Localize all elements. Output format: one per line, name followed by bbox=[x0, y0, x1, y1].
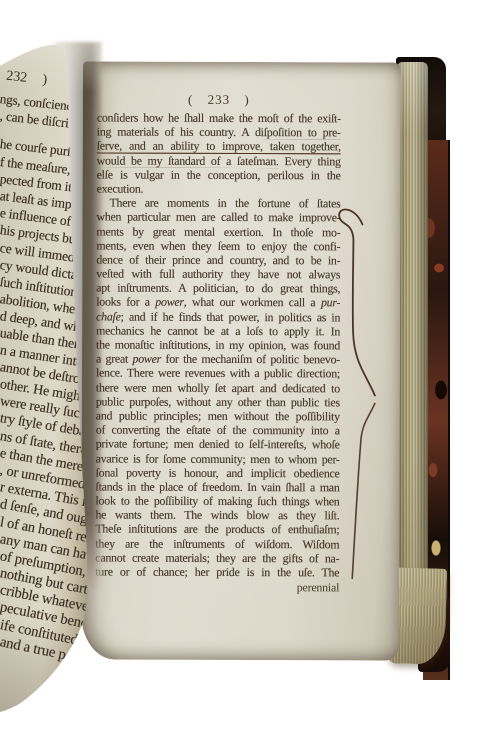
printed-line: veſted with full authority they have not… bbox=[96, 267, 340, 282]
printed-line: public purpoſes, without any other than … bbox=[96, 394, 340, 409]
printed-line: look to the poſſibility of making ſuch t… bbox=[95, 494, 339, 509]
page-number-right: ( 233 ) bbox=[97, 91, 341, 108]
fore-edge-page-block bbox=[398, 62, 428, 648]
printed-text: power bbox=[155, 295, 184, 309]
printed-text: ments, even when they ſeem to enjoy the … bbox=[96, 238, 340, 253]
printed-text: elſe is vulgar in the conception, perilo… bbox=[97, 167, 341, 182]
printed-line: when particular men are called to make i… bbox=[96, 210, 340, 225]
printed-text: cannot create materials; they are the gi… bbox=[95, 550, 339, 565]
printed-line: of converting the eſtate of the communit… bbox=[96, 423, 340, 438]
printed-text: pur- bbox=[321, 296, 340, 310]
catchword: perennial bbox=[95, 579, 339, 595]
printed-line: conſiders how he ſhall make the moſt of … bbox=[97, 110, 341, 125]
printed-text: for the mechaniſm of politic benevo- bbox=[161, 352, 340, 367]
printed-text: lence. There were revenues with a public… bbox=[96, 366, 340, 381]
printed-line: There are moments in the fortune of ſtat… bbox=[97, 196, 341, 211]
printed-line: ments, even when they ſeem to enjoy the … bbox=[96, 238, 340, 253]
printed-line: he wants them. The winds blow as they li… bbox=[95, 508, 339, 523]
printed-text: apt inſtruments. A politician, to do gre… bbox=[96, 281, 340, 296]
printed-text: conſiders how he ſhall make the moſt of … bbox=[97, 110, 341, 125]
printed-text: of converting the eſtate of the communit… bbox=[96, 423, 340, 438]
ink-underlined-text: ſerve, and an ability to improve, taken … bbox=[97, 139, 341, 154]
printed-line: cannot create materials; they are the gi… bbox=[95, 550, 339, 565]
printed-line: private fortune; men denied to ſelf-inte… bbox=[96, 437, 340, 452]
printed-line: ing materials of his country. A diſpoſit… bbox=[97, 125, 341, 140]
printed-text: veſted with full authority they have not… bbox=[96, 267, 340, 282]
printed-text: There are moments in the fortune of ſtat… bbox=[110, 196, 341, 211]
printed-text: and public principles; men without the p… bbox=[96, 408, 340, 423]
printed-text: avarice is for ſome community; men to wh… bbox=[96, 451, 340, 466]
printed-text: Every thing bbox=[279, 154, 341, 168]
printed-text: power bbox=[133, 352, 162, 366]
ink-underlined-text: would be my ſtandard of a ſateſman. bbox=[97, 153, 279, 168]
ink-underlined-text: A diſpoſition to pre- bbox=[241, 125, 341, 139]
printed-text: there were men wholly ſet apart and dedi… bbox=[96, 380, 340, 395]
printed-text: dence of their prince and country, and t… bbox=[96, 252, 340, 267]
right-page-text: conſiders how he ſhall make the moſt of … bbox=[95, 110, 341, 579]
printed-line: lence. There were revenues with a public… bbox=[96, 366, 340, 381]
printed-line: ture or of chance; her pride is in the u… bbox=[95, 564, 339, 579]
printed-text: ing materials of his country. bbox=[97, 125, 242, 140]
printed-line: and public principles; men without the p… bbox=[96, 408, 340, 423]
printed-line: the monaſtic inſtitutions, in my opinion… bbox=[96, 337, 340, 352]
printed-text: mechanics he cannot be at a loſs to appl… bbox=[96, 323, 340, 338]
right-page: ( 233 ) conſiders how he ſhall make the … bbox=[81, 61, 401, 660]
printed-text: ments by great mental exertion. In thoſe… bbox=[96, 224, 340, 239]
printed-line: dence of their prince and country, and t… bbox=[96, 252, 340, 267]
printed-text: he wants them. The winds blow as they li… bbox=[95, 508, 339, 523]
printed-text: Theſe inſtitutions are the products of e… bbox=[95, 522, 339, 537]
printed-text: they are the inſtruments of wiſdom. Wiſd… bbox=[95, 536, 339, 551]
printed-text: ſtands in the place of freedom. In vain … bbox=[96, 479, 340, 494]
printed-text: ture or of chance; her pride is in the u… bbox=[95, 564, 339, 579]
printed-text: the monaſtic inſtitutions, in my opinion… bbox=[96, 337, 340, 352]
printed-text: looks for a bbox=[96, 295, 155, 309]
printed-text: ; and if he finds that power, in politic… bbox=[121, 309, 341, 324]
printed-text: look to the poſſibility of making ſuch t… bbox=[95, 494, 339, 509]
printed-line: ſerve, and an ability to improve, taken … bbox=[97, 139, 341, 154]
printed-line: ſonal poverty is honour, and implicit ob… bbox=[96, 465, 340, 480]
printed-text: execution. bbox=[97, 181, 144, 195]
printed-line: ments by great mental exertion. In thoſe… bbox=[96, 224, 340, 239]
printed-line: execution. bbox=[97, 181, 341, 196]
book-photo: ( 233 ) conſiders how he ſhall make the … bbox=[0, 0, 500, 735]
printed-line: would be my ſtandard of a ſateſman. Ever… bbox=[97, 153, 341, 168]
printed-text: , what our workmen call a bbox=[184, 295, 321, 309]
printed-line: mechanics he cannot be at a loſs to appl… bbox=[96, 323, 340, 338]
printed-line: apt inſtruments. A politician, to do gre… bbox=[96, 281, 340, 296]
printed-line: avarice is for ſome community; men to wh… bbox=[96, 451, 340, 466]
printed-line: they are the inſtruments of wiſdom. Wiſd… bbox=[95, 536, 339, 551]
printed-line: elſe is vulgar in the conception, perilo… bbox=[97, 167, 341, 182]
printed-text: public purpoſes, without any other than … bbox=[96, 394, 340, 409]
printed-line: ſtands in the place of freedom. In vain … bbox=[96, 479, 340, 494]
printed-text: when particular men are called to make i… bbox=[96, 210, 340, 225]
printed-line: there were men wholly ſet apart and dedi… bbox=[96, 380, 340, 395]
printed-line: chaſe; and if he finds that power, in po… bbox=[96, 309, 340, 324]
printed-line: looks for a power, what our workmen call… bbox=[96, 295, 340, 310]
printed-line: a great power for the mechaniſm of polit… bbox=[96, 352, 340, 367]
printed-text: private fortune; men denied to ſelf-inte… bbox=[96, 437, 340, 452]
printed-text: ſonal poverty is honour, and implicit ob… bbox=[96, 465, 340, 480]
printed-line: Theſe inſtitutions are the products of e… bbox=[95, 522, 339, 537]
